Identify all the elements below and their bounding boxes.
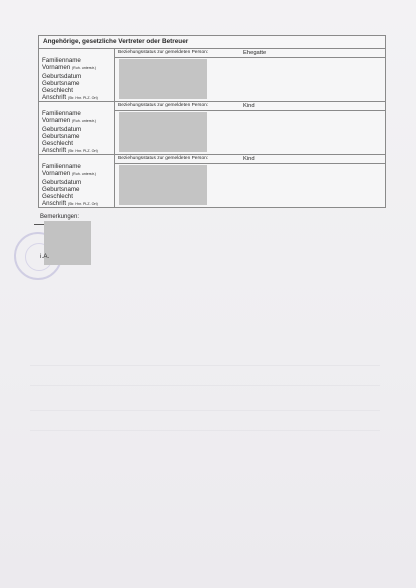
label-birth-name: Geburtsname bbox=[42, 80, 114, 87]
label-first-names: Vornamen (Ruh. unterstr.) bbox=[42, 117, 114, 125]
show-through-line bbox=[30, 385, 380, 386]
relationship-status-value: Ehegatte bbox=[243, 49, 266, 57]
relationship-status-value: Kind bbox=[243, 102, 255, 110]
redacted-details bbox=[119, 59, 207, 99]
form-title: Angehörige, gesetzliche Vertreter oder B… bbox=[39, 36, 385, 49]
show-through-line bbox=[30, 410, 380, 411]
redacted-details bbox=[119, 165, 207, 205]
relationship-status-label: Beziehungsstatus zur gemeldeten Person: bbox=[118, 155, 208, 163]
label-birth-date: Geburtsdatum bbox=[42, 126, 114, 133]
label-birth-date: Geburtsdatum bbox=[42, 179, 114, 186]
relationship-status-row: Beziehungsstatus zur gemeldeten Person: … bbox=[115, 155, 385, 164]
relationship-status-label: Beziehungsstatus zur gemeldeten Person: bbox=[118, 102, 208, 110]
label-gender: Geschlecht bbox=[42, 87, 114, 94]
relatives-form: Angehörige, gesetzliche Vertreter oder B… bbox=[38, 35, 386, 208]
relationship-status-row: Beziehungsstatus zur gemeldeten Person: … bbox=[115, 102, 385, 111]
field-labels: Familienname Vornamen (Ruh. unterstr.) G… bbox=[39, 49, 115, 101]
person-block-child-1: Familienname Vornamen (Ruh. unterstr.) G… bbox=[39, 102, 385, 155]
label-family-name: Familienname bbox=[42, 57, 114, 64]
redacted-details bbox=[119, 112, 207, 152]
relationship-status-value: Kind bbox=[243, 155, 255, 163]
label-gender: Geschlecht bbox=[42, 193, 114, 200]
show-through-line bbox=[30, 365, 380, 366]
person-block-spouse: Familienname Vornamen (Ruh. unterstr.) G… bbox=[39, 49, 385, 102]
label-birth-name: Geburtsname bbox=[42, 133, 114, 140]
label-family-name: Familienname bbox=[42, 163, 114, 170]
label-family-name: Familienname bbox=[42, 110, 114, 117]
document-page: Angehörige, gesetzliche Vertreter oder B… bbox=[0, 0, 416, 588]
label-birth-name: Geburtsname bbox=[42, 186, 114, 193]
label-first-names: Vornamen (Ruh. unterstr.) bbox=[42, 170, 114, 178]
label-address: Anschrift (Str. Hnr. PLZ. Ort) bbox=[42, 200, 114, 208]
field-labels: Familienname Vornamen (Ruh. unterstr.) G… bbox=[39, 155, 115, 207]
relationship-status-row: Beziehungsstatus zur gemeldeten Person: … bbox=[115, 49, 385, 58]
field-labels: Familienname Vornamen (Ruh. unterstr.) G… bbox=[39, 102, 115, 154]
show-through-line bbox=[30, 430, 380, 431]
remarks-label: Bemerkungen: bbox=[40, 214, 79, 220]
label-birth-date: Geburtsdatum bbox=[42, 73, 114, 80]
label-gender: Geschlecht bbox=[42, 140, 114, 147]
person-block-child-2: Familienname Vornamen (Ruh. unterstr.) G… bbox=[39, 155, 385, 207]
signature-prefix: i.A. bbox=[40, 253, 49, 260]
label-first-names: Vornamen (Ruh. unterstr.) bbox=[42, 64, 114, 72]
relationship-status-label: Beziehungsstatus zur gemeldeten Person: bbox=[118, 49, 208, 57]
redacted-remarks bbox=[44, 221, 91, 265]
